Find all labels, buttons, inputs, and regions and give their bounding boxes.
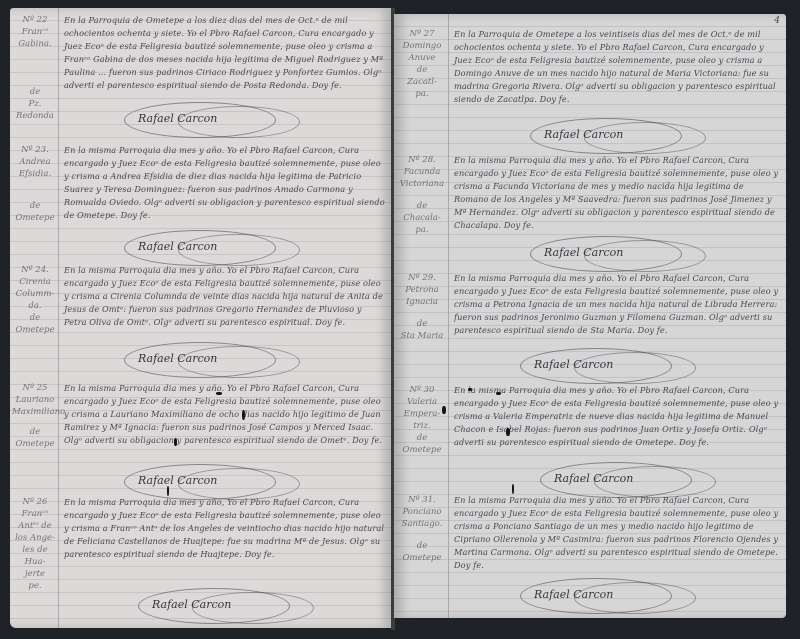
ink-blot xyxy=(216,392,222,395)
baptism-entry: Nº 25 Lauriano Maximiliano de Ometepe En… xyxy=(10,382,392,492)
margin-line: Chacala- xyxy=(396,212,448,224)
margin-line: de xyxy=(12,426,58,438)
entry-number: Nº 30 xyxy=(396,384,448,396)
margin-line: jerte xyxy=(12,568,58,580)
entry-text: En la Parroquia de Ometepe a los diez di… xyxy=(64,14,386,92)
entry-text: En la misma Parroquia dia mes y año. Yo … xyxy=(64,382,386,447)
entry-number: Nº 27 xyxy=(396,28,448,40)
baptism-entry: Nº 24. Cirenia Columm- da. de Ometepe En… xyxy=(10,264,392,374)
margin-line: Zacatl- xyxy=(396,76,448,88)
margin-line: de xyxy=(396,318,448,330)
margin-line: pa. xyxy=(396,224,448,236)
margin-line: de xyxy=(12,200,58,212)
signature: Rafael Carcon xyxy=(152,598,231,611)
entry-text: En la misma Parroquia dia mes y año. Yo … xyxy=(454,494,780,572)
margin-line: Franᶜᵒ xyxy=(12,26,58,38)
margin-line: de xyxy=(396,64,448,76)
margin-line: Valeria xyxy=(396,396,448,408)
margin-line: Ometepe xyxy=(12,438,58,450)
margin-line: les de Hua- xyxy=(12,544,58,568)
margin-line: Victoriana xyxy=(396,178,448,190)
entry-text: En la misma Parroquia dia mes y año. Yo … xyxy=(64,264,386,329)
entry-number: Nº 23. xyxy=(12,144,58,156)
left-page: Nº 22 Franᶜᵒ Gabina. de Pz. Redonda En l… xyxy=(10,8,392,628)
baptism-entry: Nº 30 Valeria Empera- triz. de Ometepe E… xyxy=(394,384,786,488)
ink-blot xyxy=(167,486,169,496)
entry-margin-note: Nº 22 Franᶜᵒ Gabina. de Pz. Redonda xyxy=(12,14,58,122)
margin-line: de xyxy=(396,432,448,444)
margin-line: de xyxy=(396,540,448,552)
entry-text: En la misma Parroquia dia mes y año. Yo … xyxy=(454,154,780,232)
margin-line: Franᶜᵒ xyxy=(12,508,58,520)
entry-text: En la misma Parroquia dia mes y año. Yo … xyxy=(454,384,780,449)
baptism-entry: Nº 23. Andrea Efsidia. de Ometepe En la … xyxy=(10,144,392,256)
margin-line: pa. xyxy=(396,88,448,100)
margin-line: Gabina. xyxy=(12,38,58,50)
page-number: 4 xyxy=(774,16,780,26)
baptism-entry: Nº 29. Petrona Ignacia de Sta Maria En l… xyxy=(394,272,786,376)
signature: Rafael Carcon xyxy=(138,112,217,125)
entry-number: Nº 22 xyxy=(12,14,58,26)
margin-line: Santiago. xyxy=(396,518,448,530)
margin-line: Anuve xyxy=(396,52,448,64)
entry-margin-note: Nº 27 Domingo Anuve de Zacatl- pa. xyxy=(396,28,448,100)
entry-number: Nº 25 xyxy=(12,382,58,394)
margin-line: Empera- xyxy=(396,408,448,420)
baptism-entry: Nº 27 Domingo Anuve de Zacatl- pa. En la… xyxy=(394,28,786,140)
signature: Rafael Carcon xyxy=(554,472,633,485)
entry-number: Nº 29. xyxy=(396,272,448,284)
ink-blot xyxy=(506,428,510,436)
baptism-entry: Nº 22 Franᶜᵒ Gabina. de Pz. Redonda En l… xyxy=(10,12,392,130)
entry-text: En la misma Parroquia dia mes y año. Yo … xyxy=(64,144,386,222)
signature: Rafael Carcon xyxy=(138,352,217,365)
margin-line: da. xyxy=(12,300,58,312)
margin-line: los Ange- xyxy=(12,532,58,544)
baptism-entry: Nº 28. Facunda Victoriana de Chacala- pa… xyxy=(394,154,786,262)
right-page: 4 Nº 27 Domingo Anuve de Zacatl- pa. En … xyxy=(394,14,786,618)
margin-line: Ometepe xyxy=(396,552,448,564)
margin-line: de xyxy=(396,200,448,212)
signature: Rafael Carcon xyxy=(534,588,613,601)
entry-margin-note: Nº 30 Valeria Empera- triz. de Ometepe xyxy=(396,384,448,456)
ink-blot xyxy=(512,484,514,494)
margin-line: de xyxy=(12,86,58,98)
signature: Rafael Carcon xyxy=(534,358,613,371)
ink-blot xyxy=(442,406,446,414)
margin-line: Andrea xyxy=(12,156,58,168)
entry-margin-note: Nº 24. Cirenia Columm- da. de Ometepe xyxy=(12,264,58,336)
margin-line: Maximiliano xyxy=(12,406,58,418)
entry-text: En la misma Parroquia dia mes y año, Yo … xyxy=(64,496,386,561)
entry-margin-note: Nº 25 Lauriano Maximiliano de Ometepe xyxy=(12,382,58,450)
margin-line: pe. xyxy=(12,580,58,592)
baptism-entry: Nº 26 Franᶜᵒ Antᵗᵒ de los Ange- les de H… xyxy=(10,496,392,624)
baptism-entry: Nº 31. Ponciano Santiago. de Ometepe En … xyxy=(394,494,786,614)
signature: Rafael Carcon xyxy=(138,240,217,253)
entry-margin-note: Nº 31. Ponciano Santiago. de Ometepe xyxy=(396,494,448,564)
entry-margin-note: Nº 29. Petrona Ignacia de Sta Maria xyxy=(396,272,448,342)
signature: Rafael Carcon xyxy=(544,128,623,141)
ink-blot xyxy=(242,410,245,420)
margin-line: Columm- xyxy=(12,288,58,300)
signature: Rafael Carcon xyxy=(138,474,217,487)
ink-blot xyxy=(496,392,501,395)
ink-blot xyxy=(468,388,472,391)
margin-line: Cirenia xyxy=(12,276,58,288)
margin-line: Ometepe xyxy=(12,212,58,224)
entry-number: Nº 26 xyxy=(12,496,58,508)
entry-margin-note: Nº 26 Franᶜᵒ Antᵗᵒ de los Ange- les de H… xyxy=(12,496,58,592)
open-register-book: Nº 22 Franᶜᵒ Gabina. de Pz. Redonda En l… xyxy=(0,0,800,639)
margin-line: Sta Maria xyxy=(396,330,448,342)
margin-line: de xyxy=(12,312,58,324)
margin-line: Ometepe xyxy=(12,324,58,336)
margin-line: Lauriano xyxy=(12,394,58,406)
margin-line: Petrona xyxy=(396,284,448,296)
entry-number: Nº 31. xyxy=(396,494,448,506)
entry-text: En la Parroquia de Ometepe a los veintis… xyxy=(454,28,780,106)
entry-text: En la misma Parroquia dia mes y año. Yo … xyxy=(454,272,780,337)
entry-number: Nº 24. xyxy=(12,264,58,276)
signature: Rafael Carcon xyxy=(544,246,623,259)
margin-line: Ometepe xyxy=(396,444,448,456)
entry-margin-note: Nº 23. Andrea Efsidia. de Ometepe xyxy=(12,144,58,224)
ink-blot xyxy=(174,438,177,446)
margin-line: Facunda xyxy=(396,166,448,178)
entry-margin-note: Nº 28. Facunda Victoriana de Chacala- pa… xyxy=(396,154,448,236)
entry-number: Nº 28. xyxy=(396,154,448,166)
margin-line: Ponciano xyxy=(396,506,448,518)
margin-line: triz. xyxy=(396,420,448,432)
margin-line: Ignacia xyxy=(396,296,448,308)
margin-line: Domingo xyxy=(396,40,448,52)
margin-line: Pz. Redonda xyxy=(12,98,58,122)
margin-line: Efsidia. xyxy=(12,168,58,180)
margin-line: Antᵗᵒ de xyxy=(12,520,58,532)
